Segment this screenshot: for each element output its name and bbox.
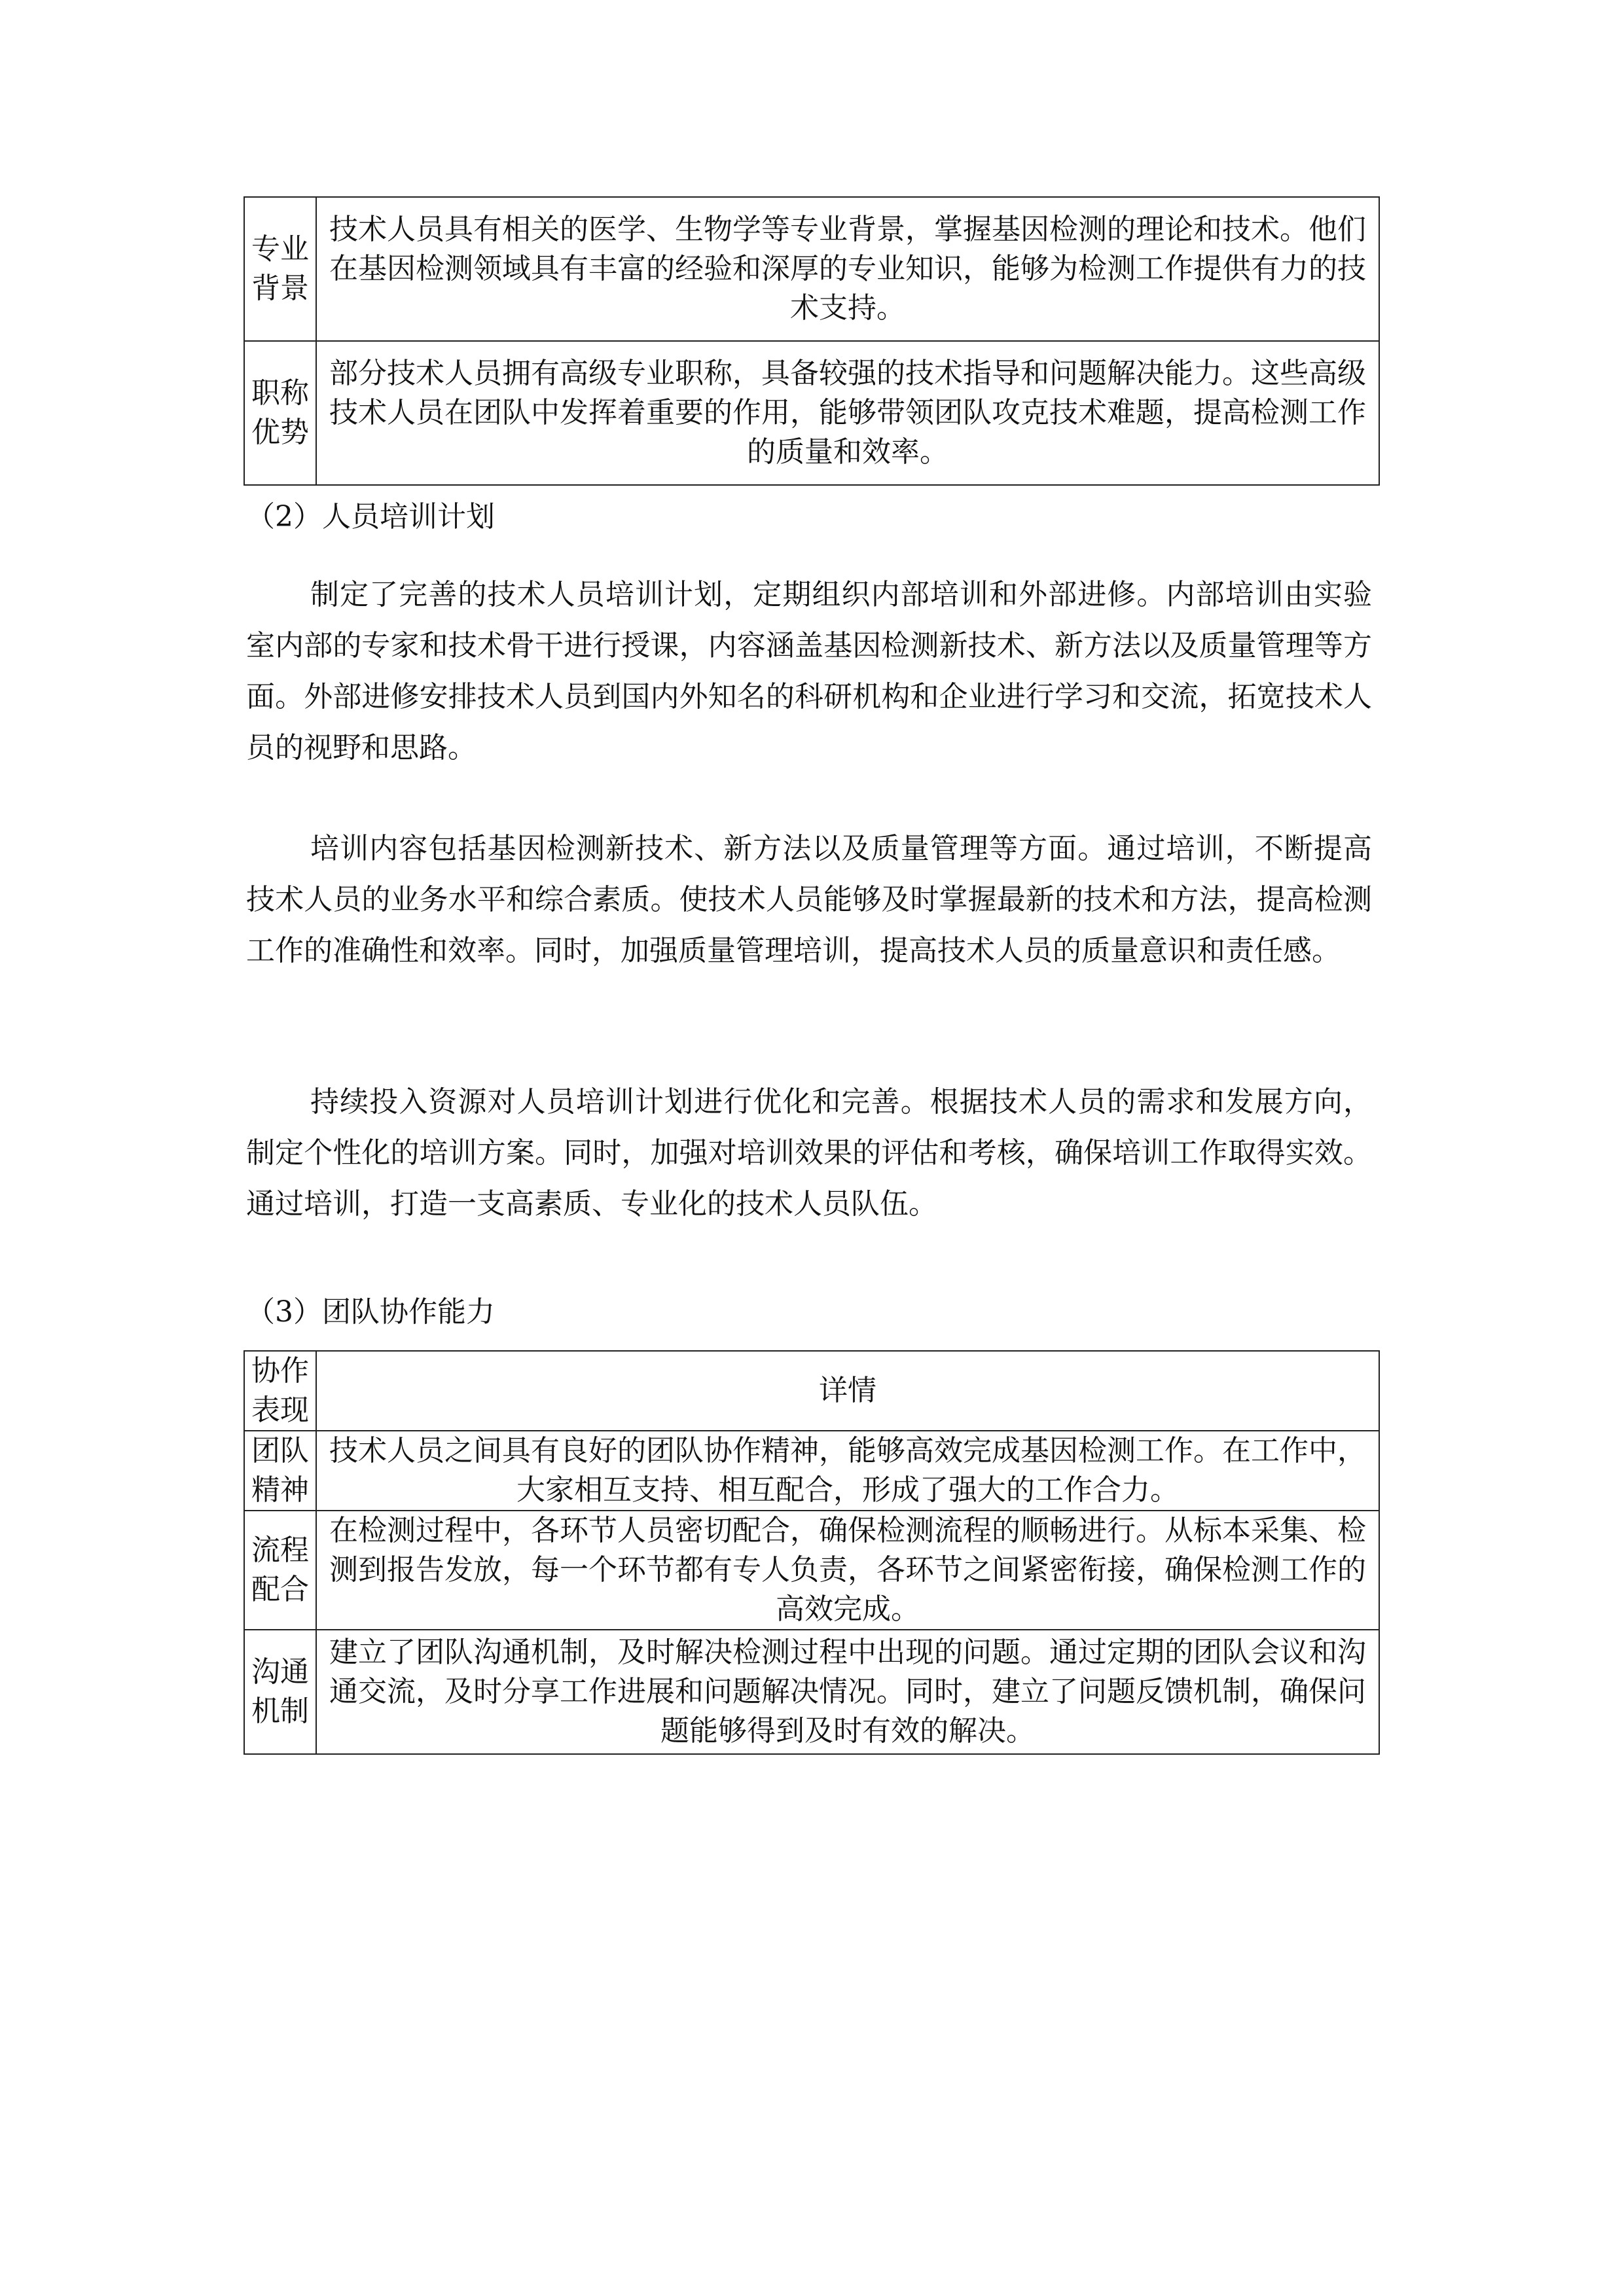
table-row: 职称优势 部分技术人员拥有高级专业职称，具备较强的技术指导和问题解决能力。这些高…: [244, 341, 1379, 485]
row-detail: 在检测过程中，各环节人员密切配合，确保检测流程的顺畅进行。从标本采集、检测到报告…: [316, 1511, 1379, 1630]
paragraph: 制定了完善的技术人员培训计划，定期组织内部培训和外部进修。内部培训由实验室内部的…: [246, 569, 1372, 774]
staff-qualification-table: 专业背景 技术人员具有相关的医学、生物学等专业背景，掌握基因检测的理论和技术。他…: [244, 196, 1380, 486]
row-detail: 建立了团队沟通机制，及时解决检测过程中出现的问题。通过定期的团队会议和沟通交流，…: [316, 1630, 1379, 1754]
table-header-row: 协作表现 详情: [244, 1351, 1379, 1431]
paragraph: 培训内容包括基因检测新技术、新方法以及质量管理等方面。通过培训，不断提高技术人员…: [246, 823, 1372, 977]
row-label: 专业背景: [244, 197, 316, 341]
row-label: 沟通机制: [244, 1630, 316, 1754]
row-label: 流程配合: [244, 1511, 316, 1630]
column-header-detail: 详情: [316, 1351, 1379, 1431]
row-label: 团队精神: [244, 1431, 316, 1511]
table-row: 流程配合 在检测过程中，各环节人员密切配合，确保检测流程的顺畅进行。从标本采集、…: [244, 1511, 1379, 1630]
section-heading-teamwork: （3）团队协作能力: [246, 1293, 495, 1332]
paragraph: 持续投入资源对人员培训计划进行优化和完善。根据技术人员的需求和发展方向，制定个性…: [246, 1077, 1372, 1230]
section-heading-training-plan: （2）人员培训计划: [246, 497, 495, 537]
document-page: 专业背景 技术人员具有相关的医学、生物学等专业背景，掌握基因检测的理论和技术。他…: [0, 0, 1624, 2296]
table-row: 团队精神 技术人员之间具有良好的团队协作精神，能够高效完成基因检测工作。在工作中…: [244, 1431, 1379, 1511]
row-detail: 技术人员之间具有良好的团队协作精神，能够高效完成基因检测工作。在工作中，大家相互…: [316, 1431, 1379, 1511]
row-detail: 部分技术人员拥有高级专业职称，具备较强的技术指导和问题解决能力。这些高级技术人员…: [316, 341, 1379, 485]
row-label: 职称优势: [244, 341, 316, 485]
table-row: 沟通机制 建立了团队沟通机制，及时解决检测过程中出现的问题。通过定期的团队会议和…: [244, 1630, 1379, 1754]
table-row: 专业背景 技术人员具有相关的医学、生物学等专业背景，掌握基因检测的理论和技术。他…: [244, 197, 1379, 341]
row-detail: 技术人员具有相关的医学、生物学等专业背景，掌握基因检测的理论和技术。他们在基因检…: [316, 197, 1379, 341]
column-header-label: 协作表现: [244, 1351, 316, 1431]
teamwork-table: 协作表现 详情 团队精神 技术人员之间具有良好的团队协作精神，能够高效完成基因检…: [244, 1350, 1380, 1755]
